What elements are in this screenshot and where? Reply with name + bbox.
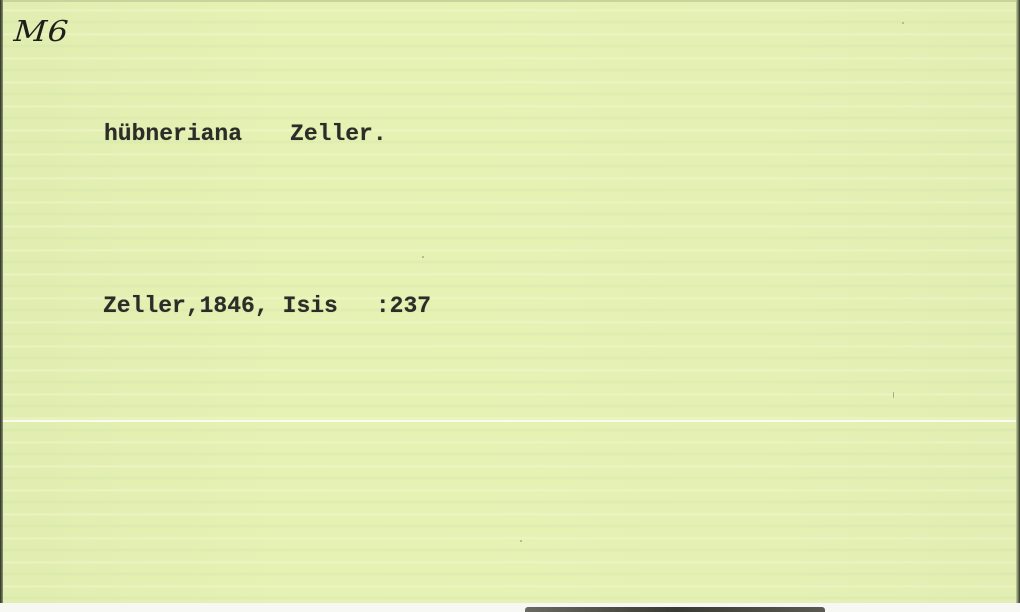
species-author: Zeller. [290,121,387,147]
paper-speck [893,392,894,398]
card-top-edge [0,0,1016,2]
paper-speck [422,256,424,258]
species-entry-line: hübnerianaZeller. [104,121,387,147]
card-left-edge [0,0,3,603]
handwritten-code: M6 [13,14,71,48]
card-right-edge [1016,0,1020,612]
paper-speck [902,22,904,24]
reference-publication: Isis [283,293,338,319]
reference-page: :237 [376,293,431,319]
reference-author-year: Zeller,1846, [103,293,269,319]
card-fold-line [3,420,1016,422]
scan-shadow [525,607,825,612]
paper-speck [520,540,522,542]
species-name: hübneriana [104,121,242,147]
index-card: M6 hübnerianaZeller. Zeller,1846,Isis:23… [0,0,1016,603]
scan-bottom-margin [0,603,1020,612]
reference-line: Zeller,1846,Isis:237 [103,293,431,319]
